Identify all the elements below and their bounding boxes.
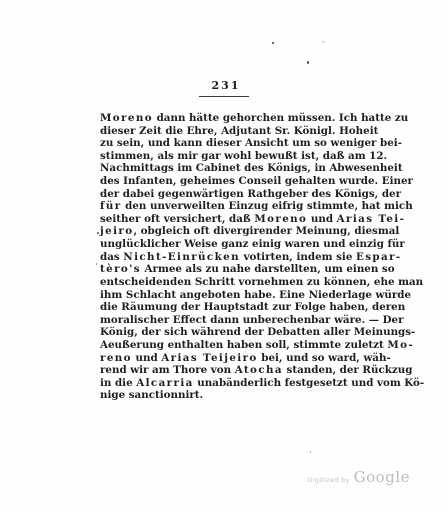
text-segment: stimmen, als mir gar wohl bewußt ist, da… <box>100 150 387 162</box>
emphasized-word: Moreno <box>254 213 307 225</box>
scan-speck <box>307 61 309 64</box>
scanned-book-page: 231 Moreno dann hätte gehorchen müssen. … <box>0 0 448 512</box>
emphasized-word: Moreno <box>100 112 153 124</box>
text-line: Moreno dann hätte gehorchen müssen. Ich … <box>100 112 353 125</box>
text-line: seither oft versichert, daß Moreno und A… <box>100 213 353 226</box>
emphasized-word: Atocha <box>235 364 283 376</box>
text-segment: seither oft versichert, daß <box>100 213 254 225</box>
emphasized-word: Arias Tei- <box>337 213 406 225</box>
text-segment: den unverweilten Einzug eifrig stimmte, … <box>122 200 413 212</box>
text-segment: ihm Schlacht angeboten habe. Eine Nieder… <box>100 289 411 301</box>
text-line: unglücklicher Weise ganz einig waren und… <box>100 238 353 251</box>
emphasized-word: für <box>100 200 122 212</box>
text-segment: nige sanctionnirt. <box>100 389 203 401</box>
text-segment: und <box>132 352 161 364</box>
text-segment: Armee als zu nahe darstellten, um einen … <box>141 263 395 275</box>
text-line: dieser Zeit die Ehre, Adjutant Sr. König… <box>100 125 353 138</box>
emphasized-word: jeiro <box>100 225 133 237</box>
text-line: tèro's Armee als zu nahe darstellten, um… <box>100 263 353 276</box>
text-line: des Infanten, geheimes Conseil gehalten … <box>100 175 353 188</box>
google-watermark: Digitized by Google <box>307 468 410 486</box>
text-line: die Räumung der Hauptstadt zur Folge hab… <box>100 301 353 314</box>
text-segment: in die <box>100 377 136 389</box>
scan-speck <box>310 451 311 453</box>
text-segment: standen, der Rückzug <box>283 364 412 376</box>
text-segment: Nachmittags im Cabinet des Königs, in Ab… <box>100 162 403 174</box>
text-line: stimmen, als mir gar wohl bewußt ist, da… <box>100 150 353 163</box>
text-segment: unabänderlich festgesetzt und vom Kö- <box>194 377 424 389</box>
text-line: zu sein, und kann dieser Ansicht um so w… <box>100 137 353 150</box>
text-line: in die Alcarria unabänderlich festgesetz… <box>100 377 353 390</box>
scan-speck <box>347 331 350 332</box>
text-line: Aeußerung enthalten haben soll, stimmte … <box>100 339 353 352</box>
text-line: moralischer Effect dann unberechenbar wä… <box>100 314 353 327</box>
text-segment: die Räumung der Hauptstadt zur Folge hab… <box>100 301 405 313</box>
emphasized-word: Nicht-Einrücken <box>123 251 240 263</box>
text-segment: dieser Zeit die Ehre, Adjutant Sr. König… <box>100 125 378 137</box>
text-line: entscheidenden Schritt vornehmen zu könn… <box>100 276 353 289</box>
page-number-rule <box>199 96 249 97</box>
text-segment: entscheidenden Schritt vornehmen zu könn… <box>100 276 423 288</box>
text-segment: , obgleich oft divergirender Meinung, di… <box>133 225 399 237</box>
text-line: rend wir am Thore von Atocha standen, de… <box>100 364 353 377</box>
text-segment: Aeußerung enthalten haben soll, stimmte … <box>100 339 387 351</box>
text-segment: das <box>100 251 123 263</box>
scan-speck <box>322 41 325 43</box>
emphasized-word: Arias Teijeiro <box>161 352 257 364</box>
digitized-by-text: Digitized by <box>307 476 349 484</box>
text-line: nige sanctionnirt. <box>100 389 353 402</box>
text-line: Nachmittags im Cabinet des Königs, in Ab… <box>100 162 353 175</box>
text-segment: bei, und so ward, wäh- <box>258 352 391 364</box>
text-segment: der dabei gegenwärtigen Rathgeber des Kö… <box>100 188 401 200</box>
text-segment: votirten, indem sie <box>240 251 356 263</box>
text-line: ihm Schlacht angeboten habe. Eine Nieder… <box>100 289 353 302</box>
text-segment: rend wir am Thore von <box>100 364 235 376</box>
body-text-block: Moreno dann hätte gehorchen müssen. Ich … <box>100 112 353 402</box>
text-segment: zu sein, und kann dieser Ansicht um so w… <box>100 137 402 149</box>
scan-speck <box>96 263 97 265</box>
text-line: jeiro, obgleich oft divergirender Meinun… <box>100 225 353 238</box>
text-segment: unglücklicher Weise ganz einig waren und… <box>100 238 405 250</box>
text-line: der dabei gegenwärtigen Rathgeber des Kö… <box>100 188 353 201</box>
emphasized-word: Espar- <box>356 251 402 263</box>
emphasized-word: tèro's <box>100 263 141 275</box>
emphasized-word: reno <box>100 352 132 364</box>
text-segment: des Infanten, geheimes Conseil gehalten … <box>100 175 413 187</box>
text-line: König, der sich während der Debatten all… <box>100 326 353 339</box>
text-line: für den unverweilten Einzug eifrig stimm… <box>100 200 353 213</box>
text-segment: moralischer Effect dann unberechenbar wä… <box>100 314 404 326</box>
page-number: 231 <box>100 79 352 92</box>
text-line: das Nicht-Einrücken votirten, indem sie … <box>100 251 353 264</box>
google-logo: Google <box>354 468 410 486</box>
text-segment: dann hätte gehorchen müssen. Ich hatte z… <box>153 112 408 124</box>
emphasized-word: Mo- <box>387 339 414 351</box>
scan-speck <box>272 42 274 44</box>
scan-speck <box>97 232 99 234</box>
text-segment: König, der sich während der Debatten all… <box>100 326 415 338</box>
text-line: reno und Arias Teijeiro bei, und so ward… <box>100 352 353 365</box>
emphasized-word: Alcarria <box>136 377 193 389</box>
text-segment: und <box>307 213 336 225</box>
